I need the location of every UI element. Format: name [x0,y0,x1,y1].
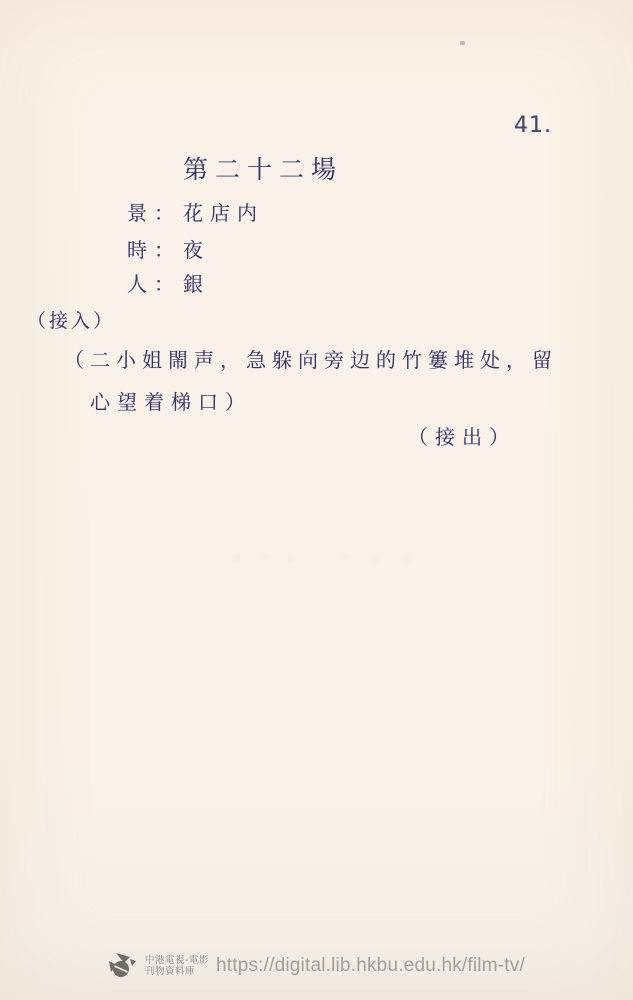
library-logo-icon [108,952,138,980]
scene-title: 第二十二場 [183,150,343,186]
scene-cast-line: 人：銀 [127,268,210,297]
watermark: 中港電視-電影 刊物資料庫 https://digital.lib.hkbu.e… [0,946,633,986]
action-line-2: 心望着梯口） [90,386,252,415]
scene-time-label: 時： [127,238,181,262]
scene-cast-value: 銀 [183,272,210,296]
library-name-line2: 刊物資料庫 [145,966,209,977]
scene-time-line: 時：夜 [127,234,210,263]
scene-location-value: 花店内 [183,201,264,225]
watermark-url: https://digital.lib.hkbu.edu.hk/film-tv/ [216,955,525,977]
ink-speck [460,41,465,45]
transition-out: （接出） [408,421,516,450]
action-line-1: （二小姐閙声，急躲向旁边的竹簍堆处，留 [64,344,558,373]
transition-in: （接入） [27,306,115,333]
scene-location-line: 景：花店内 [127,197,264,226]
script-page: 41. 第二十二場 景：花店内 時：夜 人：銀 （接入） （二小姐閙声，急躲向旁… [0,0,633,1000]
library-name-line1: 中港電視-電影 [145,955,209,966]
page-number: 41. [514,113,552,138]
library-name: 中港電視-電影 刊物資料庫 [145,955,209,978]
scene-location-label: 景： [127,201,181,225]
ink-bleed-through [225,549,435,567]
scene-cast-label: 人： [127,272,181,296]
scene-time-value: 夜 [183,238,210,262]
